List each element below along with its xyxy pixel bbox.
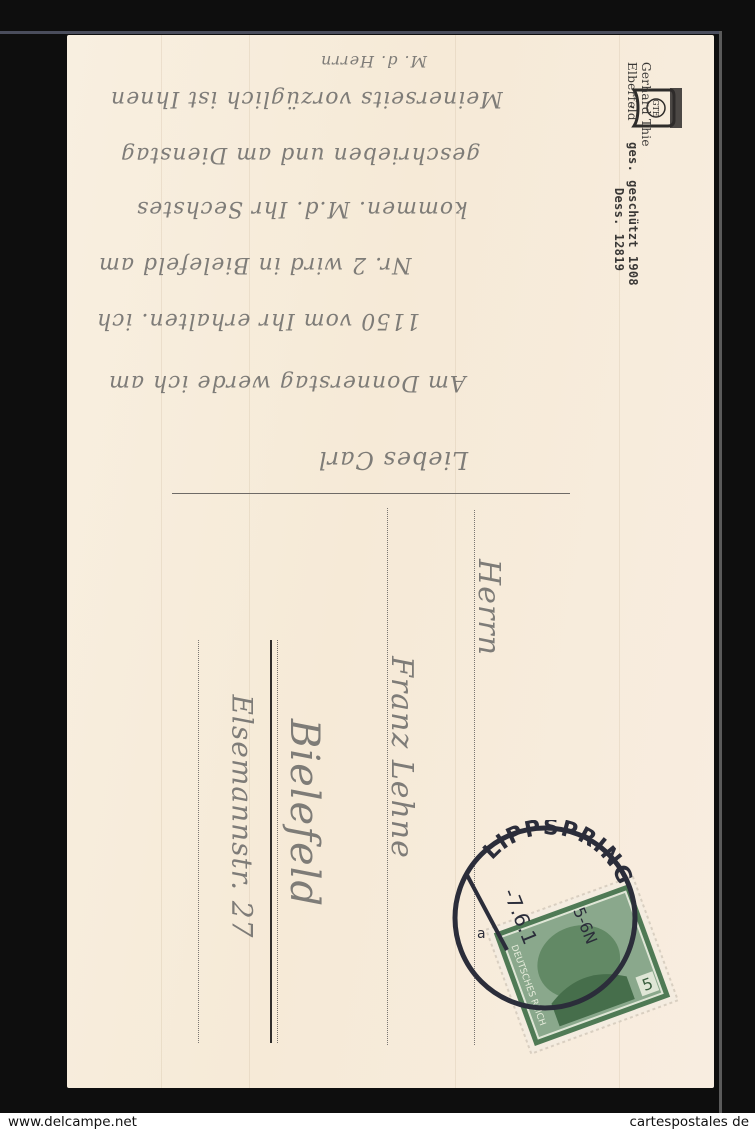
message-line: M. d. Herrn: [320, 52, 427, 71]
address-street: Elsemannstr. 27: [226, 694, 259, 938]
message-line: geschrieben und am Dienstag: [120, 142, 480, 167]
address-line-dotted: [277, 640, 278, 1043]
design-line: Dess.12819: [612, 142, 626, 286]
postmark: LIPPSPRINGE -7.6.1 5-6N a: [447, 820, 643, 1016]
design-number: 12819: [612, 234, 626, 272]
address-city: Bielefeld: [281, 719, 327, 907]
protection-year: 1908: [626, 256, 640, 286]
publisher-imprint: Gerhard Thie Elberfeld: [625, 62, 653, 147]
watermark-left: www.delcampe.net: [8, 1113, 137, 1131]
address-name: Franz Lehne: [384, 656, 419, 859]
address-line-dotted: [198, 640, 199, 1043]
watermark-right: cartespostales de: [629, 1113, 749, 1131]
postmark-marker: a: [477, 926, 486, 942]
watermark-bar: www.delcampe.net cartespostales de: [0, 1113, 755, 1131]
design-label: Dess.: [612, 188, 626, 226]
divider-line: [172, 493, 570, 494]
postmark-time: 5-6N: [569, 904, 601, 946]
scan-edge-top: [0, 31, 722, 34]
publisher-name: Gerhard Thie: [639, 62, 653, 147]
paper-fold-line: [161, 35, 162, 1088]
message-line: Am Donnerstag werde ich am: [108, 370, 466, 395]
protection-abbrev: ges.: [626, 142, 640, 172]
message-line: 1150 vom Ihr erhalten. ich: [96, 308, 420, 333]
scan-edge-right: [719, 31, 722, 1113]
message-line: kommen. M.d. Ihr Sechstes: [136, 196, 467, 221]
message-line: Nr. 2 wird in Bielefeld am: [98, 252, 412, 277]
copyright-imprint: ges.geschützt1908 Dess.12819: [612, 142, 640, 286]
address-salutation: Herrn: [471, 559, 506, 656]
copyright-line: ges.geschützt1908: [626, 142, 640, 286]
message-line: Meinerseits vorzüglich ist Ihnen: [110, 86, 503, 111]
publisher-city: Elberfeld: [625, 62, 639, 147]
message-line: Liebes Carl: [318, 446, 468, 474]
address-line-solid: [270, 640, 272, 1043]
postmark-date: -7.6.1: [498, 885, 542, 948]
protection-word: geschützt: [626, 180, 640, 248]
